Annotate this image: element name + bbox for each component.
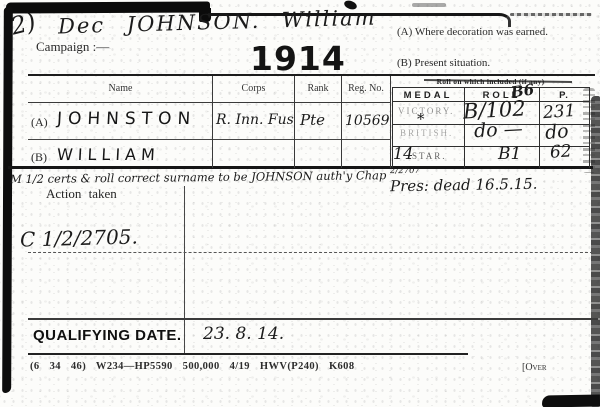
scan-artifact-smudge (412, 3, 446, 7)
action-reference-entry: C 1/2/2705. (20, 224, 138, 251)
star-roll-entry: B1 (498, 144, 521, 164)
column-header-reg-no: Reg. No. (342, 83, 390, 94)
medaltable-rule-top (392, 87, 589, 88)
campaign-year: 1914 (250, 39, 346, 78)
surname-entry: JOHNSTON (56, 109, 196, 129)
rank-entry: Pte (300, 111, 325, 129)
correction-note: M 1/2 certs & roll correct surname to be… (10, 166, 420, 186)
medal-index-card: 2) Dec JOHNSON. William Campaign :— 1914… (0, 0, 600, 407)
legend-where-earned: (A) Where decoration was earned. (397, 26, 548, 38)
british-medal-label: BRITISH. (400, 128, 453, 138)
medaltable-border-right (589, 87, 590, 168)
victory-asterisk-mark: * (417, 110, 425, 128)
rule-header-bottom (28, 74, 595, 76)
british-page-ditto: do (544, 120, 569, 144)
printer-imprint: (6 34 46) W234—HP5590 500,000 4/19 HWV(P… (30, 361, 354, 372)
action-taken-label: Action taken (46, 186, 117, 202)
column-header-name: Name (28, 83, 213, 94)
reg-no-entry: 10569 (345, 113, 390, 129)
page-column-header: P. (539, 90, 589, 101)
forename-entry: WILLIAM (57, 145, 161, 164)
correction-note-text: M 1/2 certs & roll correct surname to be… (10, 168, 387, 186)
nametable-divider-4 (390, 76, 391, 168)
rule-dashed (28, 252, 598, 253)
row-a-prefix: (A) (31, 115, 48, 130)
legend-present-situation: (B) Present situation. (397, 57, 490, 69)
rule-qualifying-top (28, 318, 598, 320)
star-prefix-entry: 14 (393, 144, 413, 163)
vertical-divider (184, 186, 185, 354)
present-situation-entry: Pres: dead 16.5.15. (390, 175, 538, 196)
victory-medal-label: VICTORY. (398, 106, 454, 116)
medal-column-header: MEDAL (392, 90, 464, 101)
column-header-corps: Corps (213, 83, 294, 94)
corps-entry: R. Inn. Fus (216, 112, 294, 128)
star-page-entry: 62 (549, 141, 572, 162)
over-note: [Over (522, 362, 547, 373)
row-b-prefix: (B) (31, 150, 47, 165)
rule-qualifying-bottom (28, 353, 468, 355)
rule-row-a (28, 139, 390, 140)
star-medal-label: STAR. (412, 151, 447, 161)
campaign-label: Campaign :— (36, 39, 109, 55)
column-header-rank: Rank (295, 83, 341, 94)
scan-artifact-bottom-right (542, 394, 600, 407)
card-top-border-faint (510, 13, 592, 16)
qualifying-date-entry: 23. 8. 14. (203, 324, 284, 344)
correction-note-ref: 2/2707 (390, 166, 420, 176)
british-roll-ditto: do — (473, 118, 523, 143)
qualifying-date-label: QUALIFYING DATE. (33, 327, 182, 344)
scan-artifact-left-strip (2, 7, 13, 393)
rule-nametable-header (28, 102, 390, 103)
